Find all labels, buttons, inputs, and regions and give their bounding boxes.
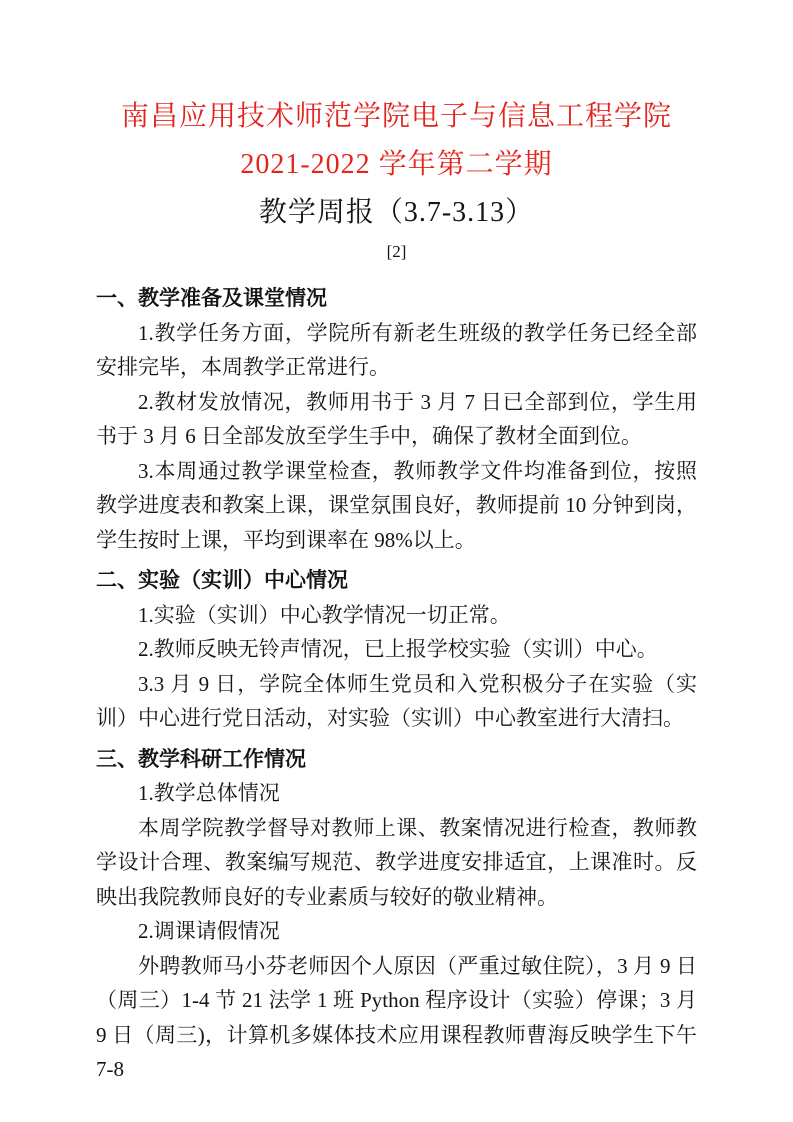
doc-title-line1: 南昌应用技术师范学院电子与信息工程学院 (96, 93, 697, 141)
section-heading-3: 三、教学科研工作情况 (96, 742, 697, 777)
paragraph: 本周学院教学督导对教师上课、教案情况进行检查，教师教学设计合理、教案编写规范、教… (96, 811, 697, 915)
paragraph: 2.调课请假情况 (96, 914, 697, 949)
paragraph: 外聘教师马小芬老师因个人原因（严重过敏住院），3 月 9 日（周三）1-4 节 … (96, 949, 697, 1087)
paragraph: 3.本周通过教学课堂检查，教师教学文件均准备到位，按照教学进度表和教案上课，课堂… (96, 454, 697, 558)
paragraph: 3.3 月 9 日，学院全体师生党员和入党积极分子在实验（实训）中心进行党日活动… (96, 667, 697, 736)
section-heading-2: 二、实验（实训）中心情况 (96, 563, 697, 598)
paragraph: 1.实验（实训）中心教学情况一切正常。 (96, 598, 697, 633)
section-heading-1: 一、教学准备及课堂情况 (96, 281, 697, 316)
paragraph: 1.教学总体情况 (96, 776, 697, 811)
paragraph: 2.教材发放情况，教师用书于 3 月 7 日已全部到位，学生用书于 3 月 6 … (96, 385, 697, 454)
doc-subtitle: 教学周报（3.7-3.13） (96, 189, 697, 237)
page-number-marker: [2] (96, 237, 697, 267)
document-page: 南昌应用技术师范学院电子与信息工程学院 2021-2022 学年第二学期 教学周… (0, 0, 793, 1122)
paragraph: 1.教学任务方面，学院所有新老生班级的教学任务已经全部安排完毕，本周教学正常进行… (96, 316, 697, 385)
paragraph: 2.教师反映无铃声情况，已上报学校实验（实训）中心。 (96, 632, 697, 667)
document-body: 一、教学准备及课堂情况 1.教学任务方面，学院所有新老生班级的教学任务已经全部安… (96, 281, 697, 1087)
doc-title-line2: 2021-2022 学年第二学期 (96, 141, 697, 189)
